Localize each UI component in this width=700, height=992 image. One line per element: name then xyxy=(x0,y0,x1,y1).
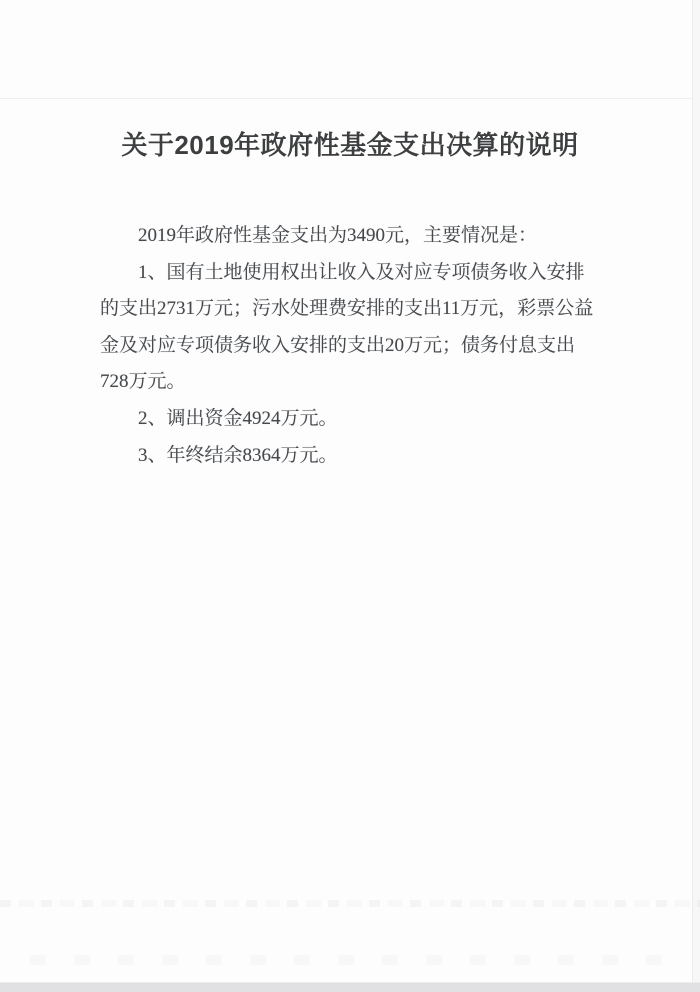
body-line-item3: 3、年终结余8364万元。 xyxy=(100,438,610,475)
body-line-summary: 2019年政府性基金支出为3490元，主要情况是： xyxy=(100,218,610,255)
body-line-item1-end: 728万元。 xyxy=(100,364,610,401)
scan-fold-line xyxy=(0,98,700,99)
body-line-item2: 2、调出资金4924万元。 xyxy=(100,401,610,438)
body-line-item1-start: 1、国有土地使用权出让收入及对应专项债务收入安排 xyxy=(100,255,610,292)
document-page: 关于2019年政府性基金支出决算的说明 2019年政府性基金支出为3490元，主… xyxy=(0,0,700,992)
document-title: 关于2019年政府性基金支出决算的说明 xyxy=(0,125,700,165)
body-line-item1-cont2: 金及对应专项债务收入安排的支出20万元；债务付息支出 xyxy=(100,328,610,365)
scan-bottom-edge xyxy=(0,982,700,992)
scan-noise-band xyxy=(0,900,700,907)
document-body: 2019年政府性基金支出为3490元，主要情况是： 1、国有土地使用权出让收入及… xyxy=(100,218,610,474)
scan-noise-band xyxy=(30,955,670,965)
body-line-item1-cont1: 的支出2731万元；污水处理费安排的支出11万元，彩票公益 xyxy=(100,291,610,328)
